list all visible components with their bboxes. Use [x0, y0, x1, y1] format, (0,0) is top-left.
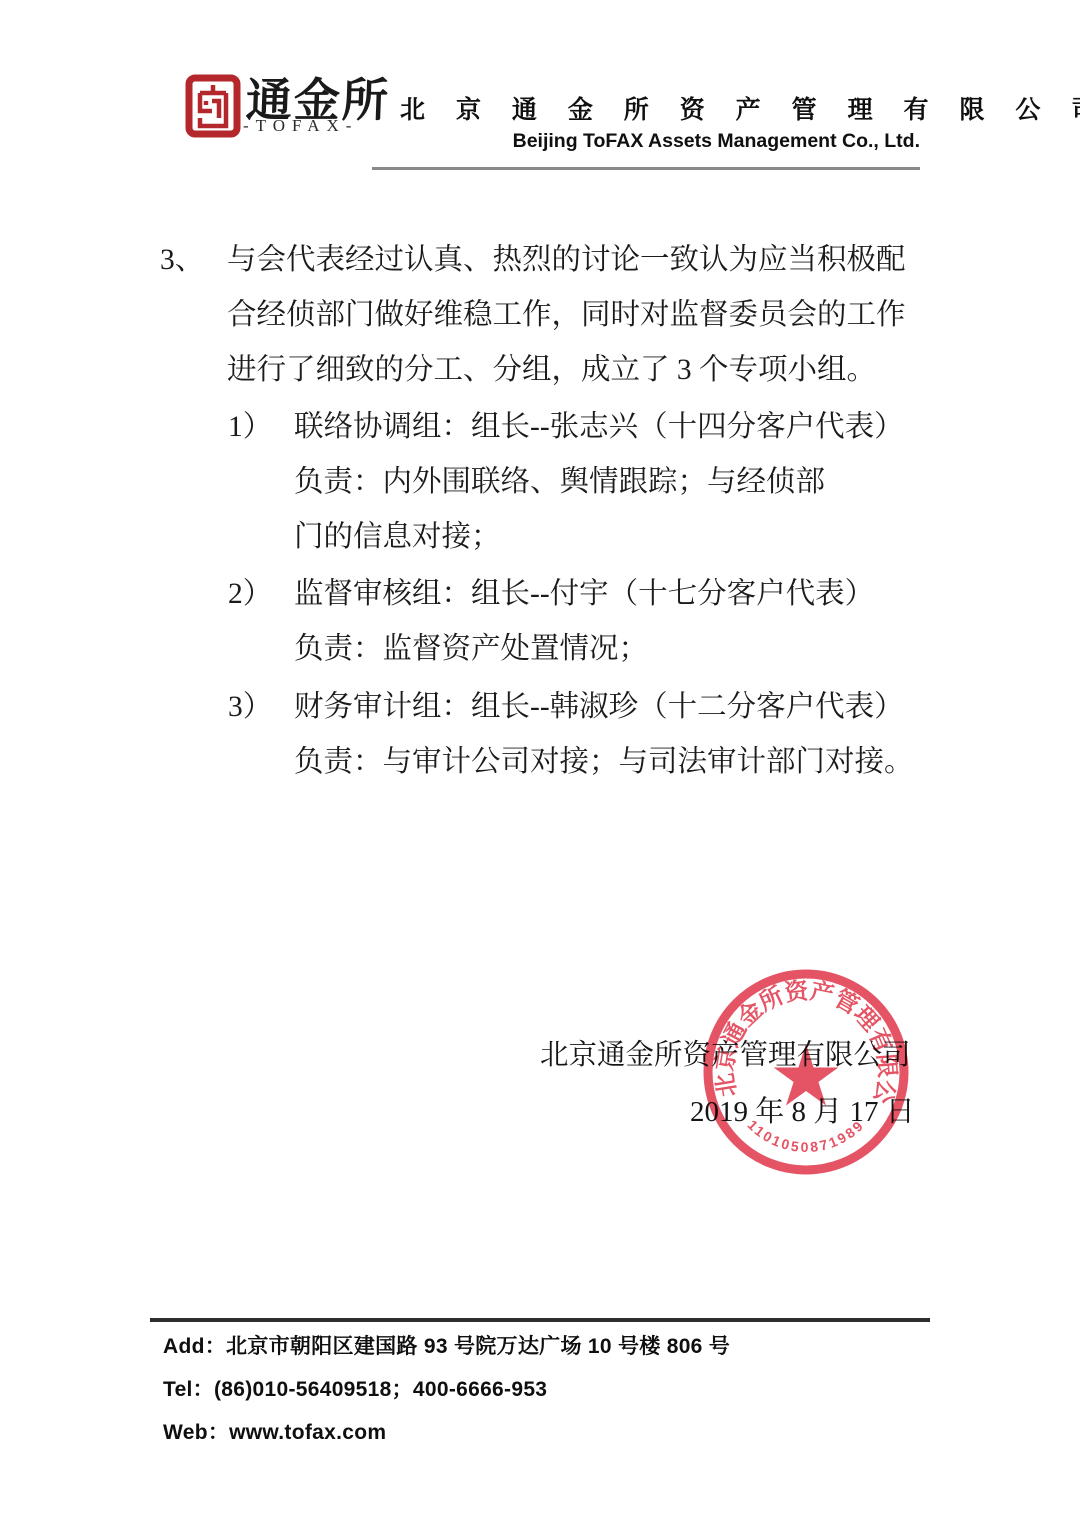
sub-item-number: 1）	[228, 407, 272, 447]
footer-label: Tel：	[163, 1378, 214, 1401]
paragraph-line: 进行了细致的分工、分组，成立了 3 个专项小组。	[227, 350, 876, 390]
footer-label: Add：	[163, 1335, 226, 1358]
footer-label: Web：	[163, 1421, 229, 1444]
footer-row-address: Add：北京市朝阳区建国路 93 号院万达广场 10 号楼 806 号	[163, 1330, 730, 1360]
tofax-seal-logo-icon	[185, 74, 241, 138]
svg-text:1101050871989: 1101050871989	[745, 1116, 868, 1155]
document-page: 通金所 -TOFAX- 北 京 通 金 所 资 产 管 理 有 限 公 司 Be…	[0, 0, 1080, 1527]
stamp-number: 1101050871989	[745, 1116, 868, 1155]
paragraph-line: 与会代表经过认真、热烈的讨论一致认为应当积极配	[227, 240, 906, 280]
sub-item-line: 门的信息对接；	[294, 517, 501, 557]
paragraph-line: 合经侦部门做好维稳工作，同时对监督委员会的工作	[227, 295, 906, 335]
footer-value: 北京市朝阳区建国路 93 号院万达广场 10 号楼 806 号	[226, 1335, 730, 1358]
sub-item-line: 负责：内外围联络、舆情跟踪；与经侦部	[294, 462, 825, 502]
sub-item-number: 3）	[228, 687, 272, 727]
sub-item-number: 2）	[228, 574, 272, 614]
sub-item-line: 负责：监督资产处置情况；	[294, 629, 648, 669]
logo-brand-en: -TOFAX-	[243, 116, 358, 136]
header-company-name-cn: 北 京 通 金 所 资 产 管 理 有 限 公 司	[400, 90, 932, 126]
sub-item-line: 监督审核组：组长--付宇（十七分客户代表）	[294, 574, 874, 614]
company-seal-stamp: 北京通金所资产管理有限公司 1101050871989	[695, 960, 917, 1184]
stamp-star-icon	[774, 1044, 839, 1106]
sub-item-line: 负责：与审计公司对接；与司法审计部门对接。	[294, 742, 914, 782]
sub-item-line: 联络协调组：组长--张志兴（十四分客户代表）	[294, 407, 904, 447]
header-company-name-en: Beijing ToFAX Assets Management Co., Ltd…	[400, 130, 920, 153]
sub-item-line: 财务审计组：组长--韩淑珍（十二分客户代表）	[294, 687, 904, 727]
item-number-3: 3、	[160, 240, 204, 280]
header-divider	[372, 167, 920, 170]
footer-divider	[150, 1318, 930, 1322]
footer-row-telephone: Tel：(86)010-56409518；400-6666-953	[163, 1373, 547, 1403]
footer-row-website: Web：www.tofax.com	[163, 1416, 386, 1446]
footer-value: www.tofax.com	[229, 1421, 386, 1444]
footer-value: (86)010-56409518；400-6666-953	[214, 1378, 547, 1401]
